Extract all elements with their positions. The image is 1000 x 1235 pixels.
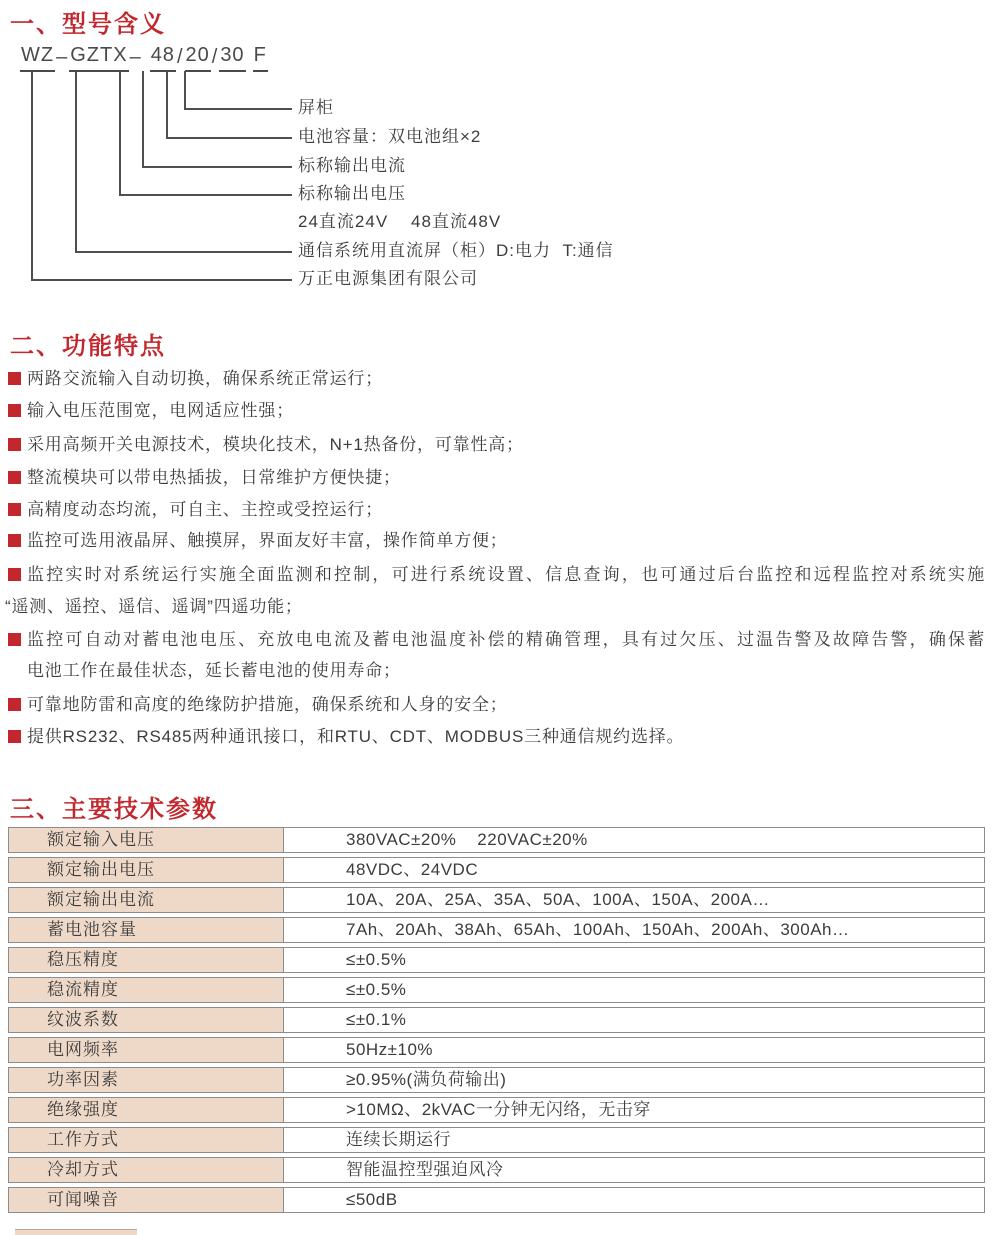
model-label-system-type: 通信系统用直流屏（柜）D:电力 T:通信 — [298, 240, 614, 262]
spec-value: 50Hz±10% — [284, 1038, 984, 1062]
feature-text: 监控可自动对蓄电池电压、充放电电流及蓄电池温度补偿的精确管理，具有过欠压、过温告… — [27, 629, 985, 651]
feature-item: 可靠地防雷和高度的绝缘防护措施，确保系统和人身的安全； — [8, 694, 508, 716]
spec-value: 连续长期运行 — [284, 1128, 984, 1152]
datasheet-page: 一、型号含义 WZ – GZTX – 48 / 20 / 30 F 屏柜 电池容… — [0, 0, 1000, 1235]
table-row: 额定输出电压 48VDC、24VDC — [8, 857, 985, 883]
bullet-square-icon — [8, 568, 21, 581]
model-label-cabinet: 屏柜 — [298, 97, 334, 119]
spec-param: 额定输出电流 — [9, 888, 284, 912]
table-row: 绝缘强度 >10MΩ、2kVAC一分钟无闪络，无击穿 — [8, 1097, 985, 1123]
model-slash: / — [211, 46, 220, 72]
feature-item: 监控实时对系统运行实施全面监测和控制，可进行系统设置、信息查询，也可通过后台监控… — [8, 564, 985, 586]
spec-param: 稳压精度 — [9, 948, 284, 972]
spec-value: ≥0.95%(满负荷输出) — [284, 1068, 984, 1092]
section-title-specs: 三、主要技术参数 — [10, 789, 218, 824]
spec-value: 48VDC、24VDC — [284, 858, 984, 882]
spec-value: ≤±0.1% — [284, 1008, 984, 1032]
model-label-battery-capacity: 电池容量：双电池组×2 — [298, 126, 481, 148]
spec-value: >10MΩ、2kVAC一分钟无闪络，无击穿 — [284, 1098, 984, 1122]
feature-text-continuation: 电池工作在最佳状态，延长蓄电池的使用寿命； — [27, 660, 401, 682]
bullet-square-icon — [8, 503, 21, 516]
model-slash: / — [176, 46, 185, 72]
table-row: 额定输出电流 10A、20A、25A、35A、50A、100A、150A、200… — [8, 887, 985, 913]
spec-param: 纹波系数 — [9, 1008, 284, 1032]
spec-param: 电网频率 — [9, 1038, 284, 1062]
feature-text: 高精度动态均流，可自主、主控或受控运行； — [27, 499, 383, 521]
table-row: 冷却方式 智能温控型强迫风冷 — [8, 1157, 985, 1183]
spec-value: ≤±0.5% — [284, 948, 984, 972]
feature-item: 输入电压范围宽，电网适应性强； — [8, 400, 294, 422]
table-row: 稳流精度 ≤±0.5% — [8, 977, 985, 1003]
model-token-voltage: 48 — [150, 44, 176, 72]
model-token-suffix: F — [253, 44, 268, 72]
feature-text: 监控可选用液晶屏、触摸屏，界面友好丰富，操作简单方便； — [27, 530, 508, 552]
model-label-rated-voltage: 标称输出电压 — [298, 183, 406, 205]
feature-item: 监控可自动对蓄电池电压、充放电电流及蓄电池温度补偿的精确管理，具有过欠压、过温告… — [8, 629, 985, 651]
spec-param: 额定输出电压 — [9, 858, 284, 882]
connector-line-brand — [31, 71, 292, 281]
feature-item: 提供RS232、RS485两种通讯接口，和RTU、CDT、MODBUS三种通信规… — [8, 726, 684, 748]
feature-text-continuation: “遥测、遥控、遥信、遥调”四遥功能； — [5, 596, 303, 618]
feature-text: 监控实时对系统运行实施全面监测和控制，可进行系统设置、信息查询，也可通过后台监控… — [27, 564, 985, 586]
spec-value: 智能温控型强迫风冷 — [284, 1158, 984, 1182]
table-row: 纹波系数 ≤±0.1% — [8, 1007, 985, 1033]
spec-param: 额定输入电压 — [9, 828, 284, 852]
spec-table: 额定输入电压 380VAC±20% 220VAC±20% 额定输出电压 48VD… — [8, 827, 985, 1217]
spec-param: 可闻噪音 — [9, 1188, 284, 1212]
spec-value: ≤50dB — [284, 1188, 984, 1212]
table-row: 工作方式 连续长期运行 — [8, 1127, 985, 1153]
bullet-square-icon — [8, 471, 21, 484]
feature-text: 提供RS232、RS485两种通讯接口，和RTU、CDT、MODBUS三种通信规… — [27, 726, 684, 748]
spec-param: 冷却方式 — [9, 1158, 284, 1182]
model-separator: – — [129, 46, 143, 72]
spec-param: 蓄电池容量 — [9, 918, 284, 942]
feature-text: 采用高频开关电源技术，模块化技术，N+1热备份，可靠性高； — [27, 434, 524, 456]
bullet-square-icon — [8, 633, 21, 646]
model-token-brand: WZ — [20, 44, 55, 72]
next-row-fragment — [15, 1229, 137, 1235]
bullet-square-icon — [8, 438, 21, 451]
feature-item: 整流模块可以带电热插拔，日常维护方便快捷； — [8, 467, 401, 489]
spec-value: ≤±0.5% — [284, 978, 984, 1002]
table-row: 稳压精度 ≤±0.5% — [8, 947, 985, 973]
bullet-square-icon — [8, 730, 21, 743]
feature-item: 高精度动态均流，可自主、主控或受控运行； — [8, 499, 383, 521]
model-label-company: 万正电源集团有限公司 — [298, 268, 478, 290]
feature-item: 监控可选用液晶屏、触摸屏，界面友好丰富，操作简单方便； — [8, 530, 508, 552]
model-number: WZ – GZTX – 48 / 20 / 30 F — [20, 44, 268, 72]
table-row: 蓄电池容量 7Ah、20Ah、38Ah、65Ah、100Ah、150Ah、200… — [8, 917, 985, 943]
feature-text: 整流模块可以带电热插拔，日常维护方便快捷； — [27, 467, 401, 489]
feature-item: 两路交流输入自动切换，确保系统正常运行； — [8, 368, 383, 390]
model-label-rated-current: 标称输出电流 — [298, 155, 406, 177]
section-title-model-meaning: 一、型号含义 — [10, 4, 166, 39]
spec-param: 稳流精度 — [9, 978, 284, 1002]
section-title-features: 二、功能特点 — [10, 326, 166, 361]
table-row: 功率因素 ≥0.95%(满负荷输出) — [8, 1067, 985, 1093]
feature-text: 可靠地防雷和高度的绝缘防护措施，确保系统和人身的安全； — [27, 694, 508, 716]
spec-value: 10A、20A、25A、35A、50A、100A、150A、200A… — [284, 888, 984, 912]
bullet-square-icon — [8, 534, 21, 547]
bullet-square-icon — [8, 698, 21, 711]
spec-param: 功率因素 — [9, 1068, 284, 1092]
bullet-square-icon — [8, 404, 21, 417]
model-token-series: GZTX — [69, 44, 128, 72]
table-row: 可闻噪音 ≤50dB — [8, 1187, 985, 1213]
feature-text: 输入电压范围宽，电网适应性强； — [27, 400, 294, 422]
spec-param: 绝缘强度 — [9, 1098, 284, 1122]
spec-param: 工作方式 — [9, 1128, 284, 1152]
model-token-capacity: 30 — [219, 44, 245, 72]
bullet-square-icon — [8, 372, 21, 385]
table-row: 电网频率 50Hz±10% — [8, 1037, 985, 1063]
model-separator: – — [55, 46, 69, 72]
spec-value: 7Ah、20Ah、38Ah、65Ah、100Ah、150Ah、200Ah、300… — [284, 918, 984, 942]
model-label-voltage-codes: 24直流24V 48直流48V — [298, 211, 501, 233]
table-row: 额定输入电压 380VAC±20% 220VAC±20% — [8, 827, 985, 853]
spec-value: 380VAC±20% 220VAC±20% — [284, 828, 984, 852]
feature-text: 两路交流输入自动切换，确保系统正常运行； — [27, 368, 383, 390]
feature-item: 采用高频开关电源技术，模块化技术，N+1热备份，可靠性高； — [8, 434, 524, 456]
model-token-current: 20 — [185, 44, 211, 72]
